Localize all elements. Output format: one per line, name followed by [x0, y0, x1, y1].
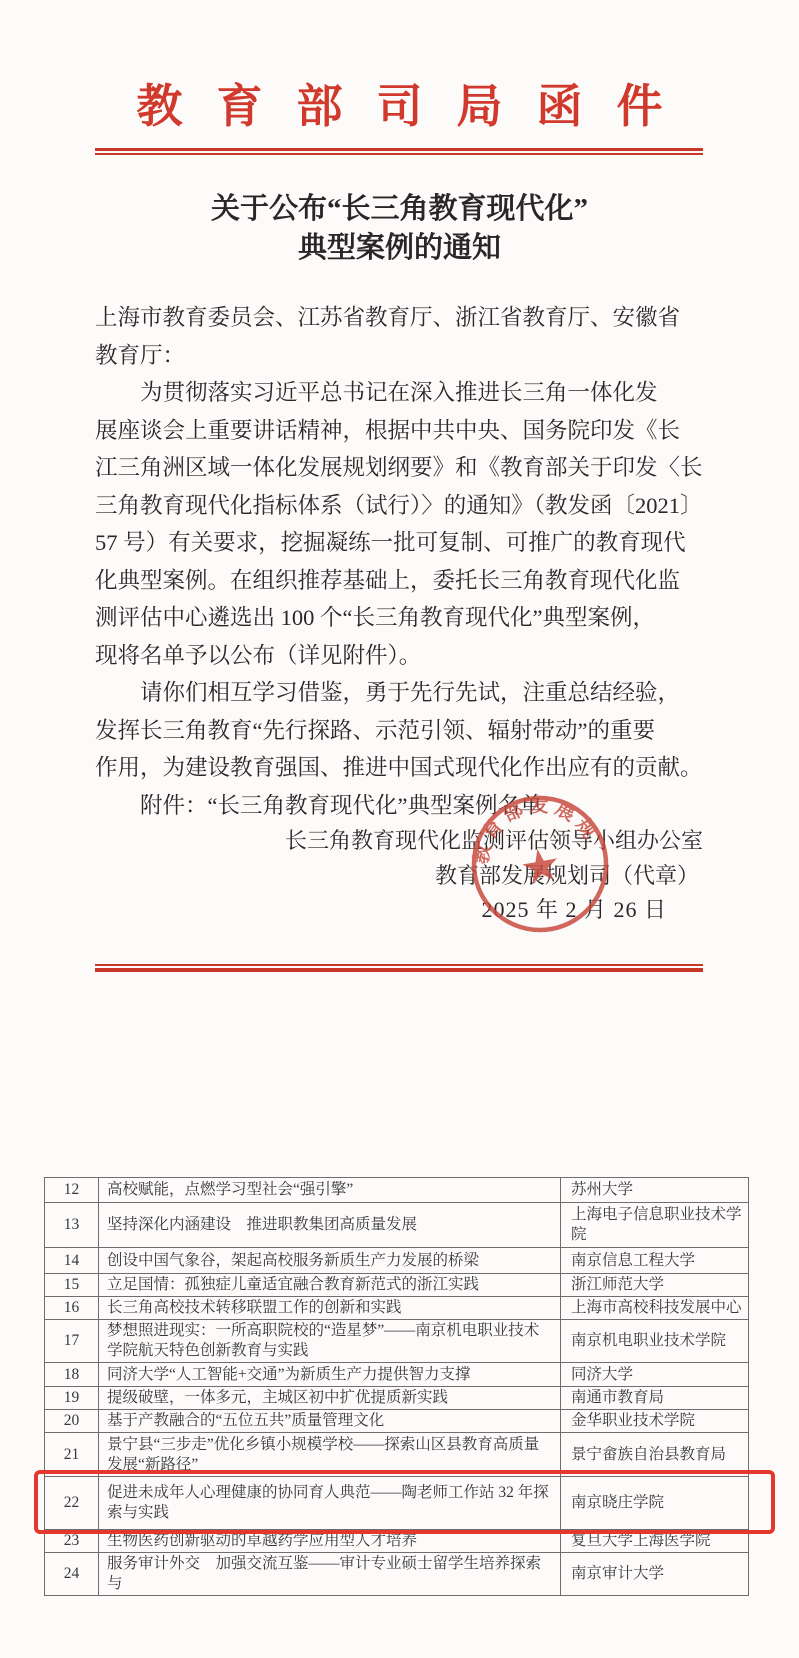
case-number-cell: 17 [45, 1320, 99, 1363]
case-title-cell: 高校赋能，点燃学习型社会“强引擎” [99, 1178, 561, 1203]
body-line: 请你们相互学习借鉴，勇于先行先试，注重总结经验， [95, 674, 711, 712]
case-org-cell: 金华职业技术学院 [561, 1410, 749, 1433]
case-org-cell: 南京审计大学 [561, 1553, 749, 1596]
case-title-cell: 提级破壁，一体多元，主城区初中扩优提质新实践 [99, 1387, 561, 1410]
body-line: 现将名单予以公布（详见附件）。 [95, 637, 711, 675]
body-line: 测评估中心遴选出 100 个“长三角教育现代化”典型案例， [95, 599, 711, 637]
body-line: 作用，为建设教育强国、推进中国式现代化作出应有的贡献。 [95, 749, 711, 787]
letterhead-title: 教育部司局函件 [0, 70, 799, 136]
case-number-cell: 20 [45, 1410, 99, 1433]
body-line: 教育厅： [95, 337, 711, 375]
footer-divider-line [95, 964, 703, 972]
case-title-cell: 坚持深化内涵建设 推进职教集团高质量发展 [99, 1203, 561, 1248]
case-number-cell: 15 [45, 1274, 99, 1297]
case-title-cell: 服务审计外交 加强交流互鉴——审计专业硕士留学生培养探索与 [99, 1553, 561, 1596]
case-title-cell: 同济大学“人工智能+交通”为新质生产力提供智力支撑 [99, 1363, 561, 1387]
case-number-cell: 18 [45, 1363, 99, 1387]
table-row: 17 梦想照进现实：一所高职院校的“造星梦”——南京机电职业技术学院航天特色创新… [45, 1320, 749, 1363]
body-line: 上海市教育委员会、江苏省教育厅、浙江省教育厅、安徽省 [95, 299, 711, 337]
signature-block: 长三角教育现代化监测评估领导小组办公室 教育部发展规划司（代章） 2025 年 … [95, 824, 703, 928]
case-org-cell: 南通市教育局 [561, 1387, 749, 1410]
body-line: 江三角洲区域一体化发展规划纲要》和《教育部关于印发〈长 [95, 449, 711, 487]
body-line: 为贯彻落实习近平总书记在深入推进长三角一体化发 [95, 374, 711, 412]
body-line: 化典型案例。在组织推荐基础上，委托长三角教育现代化监 [95, 562, 711, 600]
signature-department: 教育部发展规划司（代章） [95, 859, 703, 894]
document-title-line2: 典型案例的通知 [0, 229, 799, 268]
table-row: 18 同济大学“人工智能+交通”为新质生产力提供智力支撑 同济大学 [45, 1363, 749, 1387]
scanned-document-page: 教育部司局函件 关于公布“长三角教育现代化” 典型案例的通知 上海市教育委员会、… [0, 0, 799, 1658]
case-title-cell: 基于产教融合的“五位五共”质量管理文化 [99, 1410, 561, 1433]
table-row: 12 高校赋能，点燃学习型社会“强引擎” 苏州大学 [45, 1178, 749, 1203]
case-org-cell: 南京信息工程大学 [561, 1248, 749, 1274]
table-row: 15 立足国情：孤独症儿童适宜融合教育新范式的浙江实践 浙江师范大学 [45, 1274, 749, 1297]
case-org-cell: 上海电子信息职业技术学院 [561, 1203, 749, 1248]
table-row: 19 提级破壁，一体多元，主城区初中扩优提质新实践 南通市教育局 [45, 1387, 749, 1410]
case-org-cell: 上海市高校科技发展中心 [561, 1297, 749, 1320]
body-line: 发挥长三角教育“先行探路、示范引领、辐射带动”的重要 [95, 712, 711, 750]
document-title-line1: 关于公布“长三角教育现代化” [0, 190, 799, 229]
table-row: 13 坚持深化内涵建设 推进职教集团高质量发展 上海电子信息职业技术学院 [45, 1203, 749, 1248]
case-title-cell: 立足国情：孤独症儿童适宜融合教育新范式的浙江实践 [99, 1274, 561, 1297]
case-title-cell: 梦想照进现实：一所高职院校的“造星梦”——南京机电职业技术学院航天特色创新教育与… [99, 1320, 561, 1363]
body-line: 附件：“长三角教育现代化”典型案例名单 [95, 787, 711, 825]
case-number-cell: 12 [45, 1178, 99, 1203]
signature-date: 2025 年 2 月 26 日 [95, 893, 703, 928]
case-org-cell: 同济大学 [561, 1363, 749, 1387]
case-number-cell: 14 [45, 1248, 99, 1274]
case-number-cell: 24 [45, 1553, 99, 1596]
case-org-cell: 浙江师范大学 [561, 1274, 749, 1297]
case-number-cell: 16 [45, 1297, 99, 1320]
case-number-cell: 19 [45, 1387, 99, 1410]
case-number-cell: 13 [45, 1203, 99, 1248]
case-title-cell: 创设中国气象谷，架起高校服务新质生产力发展的桥梁 [99, 1248, 561, 1274]
case-org-cell: 苏州大学 [561, 1178, 749, 1203]
body-line: 展座谈会上重要讲话精神，根据中共中央、国务院印发《长 [95, 412, 711, 450]
table-row: 20 基于产教融合的“五位五共”质量管理文化 金华职业技术学院 [45, 1410, 749, 1433]
highlight-box [34, 1470, 775, 1534]
body-line: 三角教育现代化指标体系（试行）〉的通知》（教发函〔2021〕 [95, 487, 711, 525]
table-row: 16 长三角高校技术转移联盟工作的创新和实践 上海市高校科技发展中心 [45, 1297, 749, 1320]
table-row: 14 创设中国气象谷，架起高校服务新质生产力发展的桥梁 南京信息工程大学 [45, 1248, 749, 1274]
body-line: 57 号）有关要求，挖掘凝练一批可复制、可推广的教育现代 [95, 524, 711, 562]
case-title-cell: 长三角高校技术转移联盟工作的创新和实践 [99, 1297, 561, 1320]
case-org-cell: 南京机电职业技术学院 [561, 1320, 749, 1363]
letterhead-divider-line [95, 148, 703, 155]
document-body: 上海市教育委员会、江苏省教育厅、浙江省教育厅、安徽省 教育厅： 为贯彻落实习近平… [95, 299, 711, 824]
document-title: 关于公布“长三角教育现代化” 典型案例的通知 [0, 190, 799, 268]
signature-office: 长三角教育现代化监测评估领导小组办公室 [95, 824, 703, 859]
table-row: 24 服务审计外交 加强交流互鉴——审计专业硕士留学生培养探索与 南京审计大学 [45, 1553, 749, 1596]
